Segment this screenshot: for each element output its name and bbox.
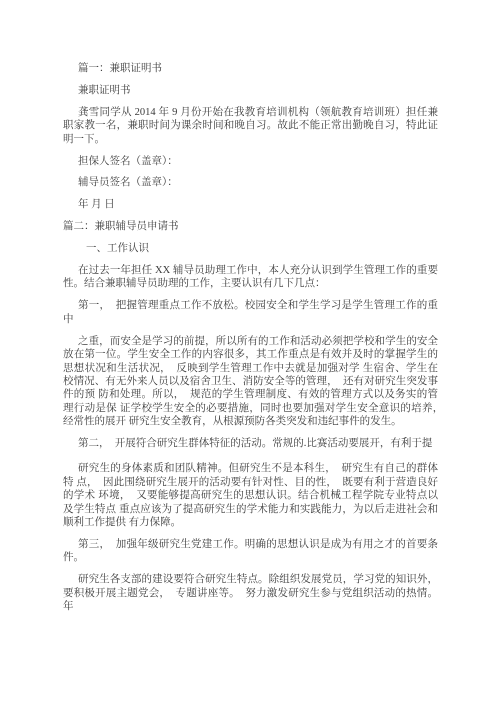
paragraph: 一、工作认识 <box>63 242 438 255</box>
paragraph: 在过去一年担任 XX 辅导员助理工作中，本人充分认识到学生管理工作的重要性。结合… <box>63 264 438 291</box>
paragraph: 研究生的身体素质和团队精神。但研究生不是本科生， 研究生有自己的群体特 点， 因… <box>63 462 438 529</box>
paragraph: 担保人签名（盖章）： <box>63 155 438 168</box>
paragraph: 研究生各支部的建设要符合研究生特点。除组织发展党员，学习党的知识外，要积极开展主… <box>63 573 438 613</box>
paragraph: 龚雪同学从 2014 年 9 月份开始在我教育培训机构（领航教育培训班）担任兼职… <box>63 106 438 146</box>
paragraph: 篇一：兼职证明书 <box>63 62 438 75</box>
paragraph: 第三， 加强年级研究生党建工作。明确的思想认识是成为有用之才的首要条件。 <box>63 538 438 565</box>
paragraph: 篇二：兼职辅导员申请书 <box>63 220 438 233</box>
paragraph: 第一， 把握管理重点工作不放松。校园安全和学生学习是学生管理工作的重中 <box>63 299 438 326</box>
paragraph: 辅导员签名（盖章）： <box>63 176 438 189</box>
paragraph: 之重，而安全是学习的前提，所以所有的工作和活动必须把学校和学生的安全放在第一位。… <box>63 335 438 429</box>
document-page: 篇一：兼职证明书兼职证明书龚雪同学从 2014 年 9 月份开始在我教育培训机构… <box>0 0 500 707</box>
paragraph: 兼职证明书 <box>63 84 438 97</box>
document-body: 篇一：兼职证明书兼职证明书龚雪同学从 2014 年 9 月份开始在我教育培训机构… <box>63 62 438 614</box>
paragraph: 第二， 开展符合研究生群体特征的活动。常规的.比赛活动要展开，有利于提 <box>63 437 438 450</box>
paragraph: 年 月 日 <box>63 198 438 211</box>
